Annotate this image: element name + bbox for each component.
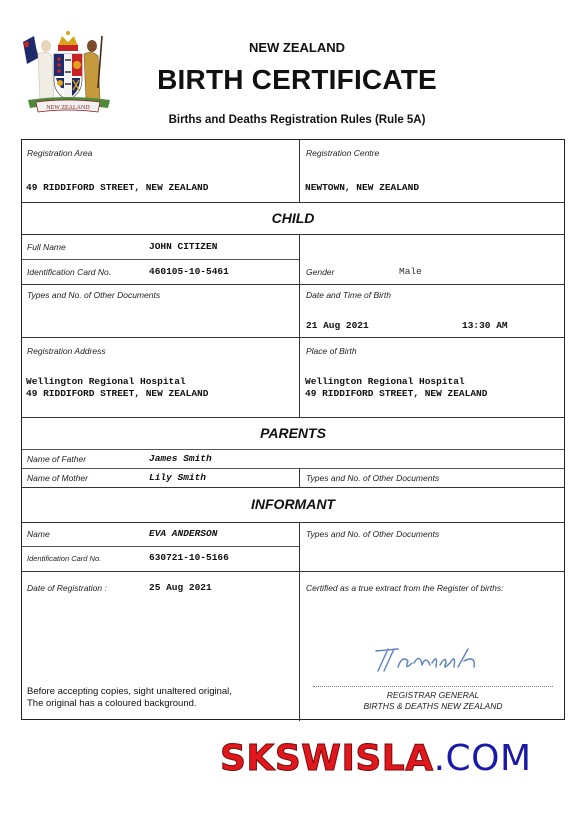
registrar-title: REGISTRAR GENERAL BIRTHS & DEATHS NEW ZE…: [300, 690, 566, 712]
registration-area-value: 49 RIDDIFORD STREET, NEW ZEALAND: [26, 182, 208, 193]
header-country: NEW ZEALAND: [0, 40, 584, 55]
divider: [22, 546, 300, 547]
child-place-line2: 49 RIDDIFORD STREET, NEW ZEALAND: [305, 388, 487, 399]
watermark-part2: .COM: [434, 738, 532, 779]
informant-other-docs-label: Types and No. of Other Documents: [306, 529, 439, 539]
informant-name-label: Name: [27, 529, 50, 539]
divider: [22, 259, 300, 260]
certificate-table: Registration Area 49 RIDDIFORD STREET, N…: [21, 139, 565, 720]
divider: [22, 571, 564, 572]
copy-notice-line1: Before accepting copies, sight unaltered…: [27, 686, 232, 698]
divider: [22, 522, 564, 523]
divider: [22, 234, 564, 235]
child-reg-address-line1: Wellington Regional Hospital: [26, 376, 186, 387]
child-reg-address-label: Registration Address: [27, 346, 106, 356]
divider: [22, 284, 564, 285]
registrar-signature: [372, 645, 492, 684]
divider: [22, 449, 564, 450]
mother-label: Name of Mother: [27, 473, 88, 483]
child-gender-value: Male: [399, 266, 422, 277]
page-title: BIRTH CERTIFICATE: [0, 64, 584, 96]
watermark: SKSWISLA.COM: [220, 738, 532, 779]
signature-line: [313, 686, 553, 687]
child-full-name-value: JOHN CITIZEN: [149, 241, 217, 252]
child-id-value: 460105-10-5461: [149, 266, 229, 277]
copy-notice: Before accepting copies, sight unaltered…: [27, 686, 232, 710]
watermark-part1: SKSWISLA: [220, 738, 434, 779]
divider: [22, 468, 564, 469]
divider: [22, 202, 564, 203]
section-informant-title: INFORMANT: [22, 496, 564, 512]
child-full-name-label: Full Name: [27, 242, 66, 252]
divider: [22, 337, 564, 338]
child-place-label: Place of Birth: [306, 346, 357, 356]
informant-name-value: EVA ANDERSON: [149, 528, 217, 539]
child-reg-address-line2: 49 RIDDIFORD STREET, NEW ZEALAND: [26, 388, 208, 399]
registrar-title-line1: REGISTRAR GENERAL: [300, 690, 566, 701]
divider: [22, 417, 564, 418]
father-label: Name of Father: [27, 454, 86, 464]
mother-value: Lily Smith: [149, 472, 206, 483]
registrar-title-line2: BIRTHS & DEATHS NEW ZEALAND: [300, 701, 566, 712]
copy-notice-line2: The original has a coloured background.: [27, 698, 232, 710]
parents-other-docs-label: Types and No. of Other Documents: [306, 473, 439, 483]
child-dob-label: Date and Time of Birth: [306, 290, 391, 300]
column-divider: [299, 234, 300, 417]
section-parents-title: PARENTS: [22, 425, 564, 441]
child-dob-date: 21 Aug 2021: [306, 320, 369, 331]
date-of-registration-value: 25 Aug 2021: [149, 582, 212, 593]
section-child-title: CHILD: [22, 210, 564, 226]
column-divider: [299, 140, 300, 202]
header-subtitle: Births and Deaths Registration Rules (Ru…: [0, 114, 584, 126]
registration-centre-label: Registration Centre: [306, 148, 379, 158]
column-divider: [299, 468, 300, 487]
registration-area-label: Registration Area: [27, 148, 92, 158]
registration-centre-value: NEWTOWN, NEW ZEALAND: [305, 182, 419, 193]
child-id-label: Identification Card No.: [27, 267, 111, 277]
father-value: James Smith: [149, 453, 212, 464]
child-place-line1: Wellington Regional Hospital: [305, 376, 465, 387]
informant-id-value: 630721-10-5166: [149, 552, 229, 563]
child-other-docs-label: Types and No. of Other Documents: [27, 290, 160, 300]
certified-label: Certified as a true extract from the Reg…: [306, 583, 503, 593]
child-gender-label: Gender: [306, 267, 334, 277]
child-dob-time: 13:30 AM: [462, 320, 508, 331]
svg-text:NEW ZEALAND: NEW ZEALAND: [46, 105, 90, 111]
date-of-registration-label: Date of Registration :: [27, 583, 107, 593]
divider: [22, 487, 564, 488]
informant-id-label: Identification Card No.: [27, 554, 101, 563]
